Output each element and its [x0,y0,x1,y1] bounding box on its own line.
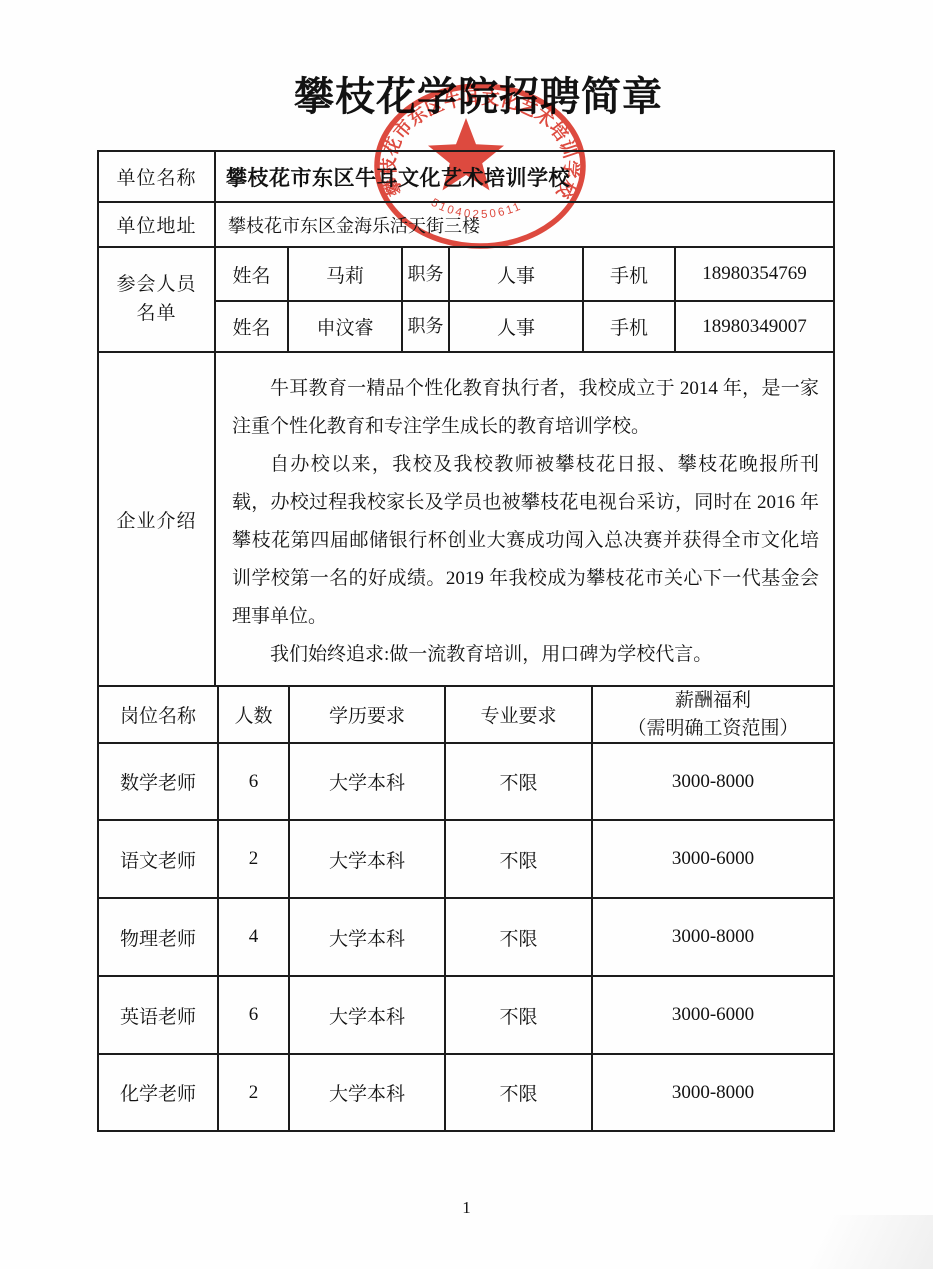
header-salary-line2: （需明确工资范围） [593,715,833,743]
header-major: 专业要求 [445,686,592,743]
unit-address-value: 攀枝花市东区金海乐活天街三楼 [215,202,834,247]
attendee1-duty: 人事 [449,247,583,301]
position-title: 英语老师 [98,976,218,1054]
attendees-label-line2: 名单 [99,300,214,329]
unit-info-table: 单位名称 攀枝花市东区牛耳文化艺术培训学校 单位地址 攀枝花市东区金海乐活天街三… [97,150,835,687]
form-tables: 单位名称 攀枝花市东区牛耳文化艺术培训学校 单位地址 攀枝花市东区金海乐活天街三… [97,150,833,1132]
position-row-chinese: 语文老师 2 大学本科 不限 3000-6000 [98,820,834,898]
position-row-physics: 物理老师 4 大学本科 不限 3000-8000 [98,898,834,976]
attendee1-name: 马莉 [288,247,402,301]
attendee1-duty-label: 职务 [402,247,449,301]
page-title: 攀枝花学院招聘简章 [12,65,933,122]
position-title: 语文老师 [98,820,218,898]
position-count: 6 [218,743,289,820]
position-education: 大学本科 [289,898,445,976]
unit-name-value: 攀枝花市东区牛耳文化艺术培训学校 [215,151,834,202]
attendee-row-1: 参会人员 名单 姓名 马莉 职务 人事 手机 18980354769 [98,247,834,301]
position-major: 不限 [445,743,592,820]
attendee1-phone: 18980354769 [675,247,834,301]
position-major: 不限 [445,976,592,1054]
attendee1-phone-label: 手机 [583,247,675,301]
position-row-math: 数学老师 6 大学本科 不限 3000-8000 [98,743,834,820]
attendee2-name-label: 姓名 [215,301,288,352]
position-salary: 3000-8000 [592,743,834,820]
position-title: 数学老师 [98,743,218,820]
attendee2-duty: 人事 [449,301,583,352]
header-count: 人数 [218,686,289,743]
position-count: 4 [218,898,289,976]
position-row-english: 英语老师 6 大学本科 不限 3000-6000 [98,976,834,1054]
position-count: 2 [218,1054,289,1131]
intro-paragraph-3: 我们始终追求:做一流教育培训，用口碑为学校代言。 [232,636,819,674]
company-intro-row: 企业介绍 牛耳教育一精品个性化教育执行者，我校成立于 2014 年，是一家注重个… [98,352,834,686]
attendees-label: 参会人员 名单 [98,247,215,352]
unit-address-label: 单位地址 [98,202,215,247]
position-salary: 3000-6000 [592,820,834,898]
header-salary: 薪酬福利 （需明确工资范围） [592,686,834,743]
position-title: 化学老师 [98,1054,218,1131]
attendee2-phone: 18980349007 [675,301,834,352]
position-count: 2 [218,820,289,898]
page-number: 1 [0,1198,933,1218]
positions-header-row: 岗位名称 人数 学历要求 专业要求 薪酬福利 （需明确工资范围） [98,686,834,743]
scan-artifact [673,1215,933,1269]
position-major: 不限 [445,1054,592,1131]
unit-name-row: 单位名称 攀枝花市东区牛耳文化艺术培训学校 [98,151,834,202]
position-major: 不限 [445,898,592,976]
position-salary: 3000-8000 [592,898,834,976]
header-position-title: 岗位名称 [98,686,218,743]
positions-table: 岗位名称 人数 学历要求 专业要求 薪酬福利 （需明确工资范围） 数学老师 6 … [97,685,835,1132]
attendee2-name: 申汶睿 [288,301,402,352]
position-row-chemistry: 化学老师 2 大学本科 不限 3000-8000 [98,1054,834,1131]
unit-address-row: 单位地址 攀枝花市东区金海乐活天街三楼 [98,202,834,247]
attendees-label-line1: 参会人员 [99,271,214,300]
position-count: 6 [218,976,289,1054]
header-education: 学历要求 [289,686,445,743]
intro-paragraph-1: 牛耳教育一精品个性化教育执行者，我校成立于 2014 年，是一家注重个性化教育和… [232,370,819,446]
position-education: 大学本科 [289,743,445,820]
header-salary-line1: 薪酬福利 [593,687,833,715]
position-salary: 3000-8000 [592,1054,834,1131]
attendee2-phone-label: 手机 [583,301,675,352]
attendee2-duty-label: 职务 [402,301,449,352]
scanned-document-page: 攀枝花学院招聘简章 攀枝花市东区牛耳文化艺术培训学校 51040250611 [0,0,933,1269]
attendee1-name-label: 姓名 [215,247,288,301]
company-intro-label: 企业介绍 [98,352,215,686]
unit-name-label: 单位名称 [98,151,215,202]
position-salary: 3000-6000 [592,976,834,1054]
position-education: 大学本科 [289,820,445,898]
position-education: 大学本科 [289,1054,445,1131]
position-title: 物理老师 [98,898,218,976]
position-education: 大学本科 [289,976,445,1054]
company-intro-text: 牛耳教育一精品个性化教育执行者，我校成立于 2014 年，是一家注重个性化教育和… [215,352,834,686]
position-major: 不限 [445,820,592,898]
intro-paragraph-2: 自办校以来，我校及我校教师被攀枝花日报、攀枝花晚报所刊载，办校过程我校家长及学员… [232,446,819,636]
